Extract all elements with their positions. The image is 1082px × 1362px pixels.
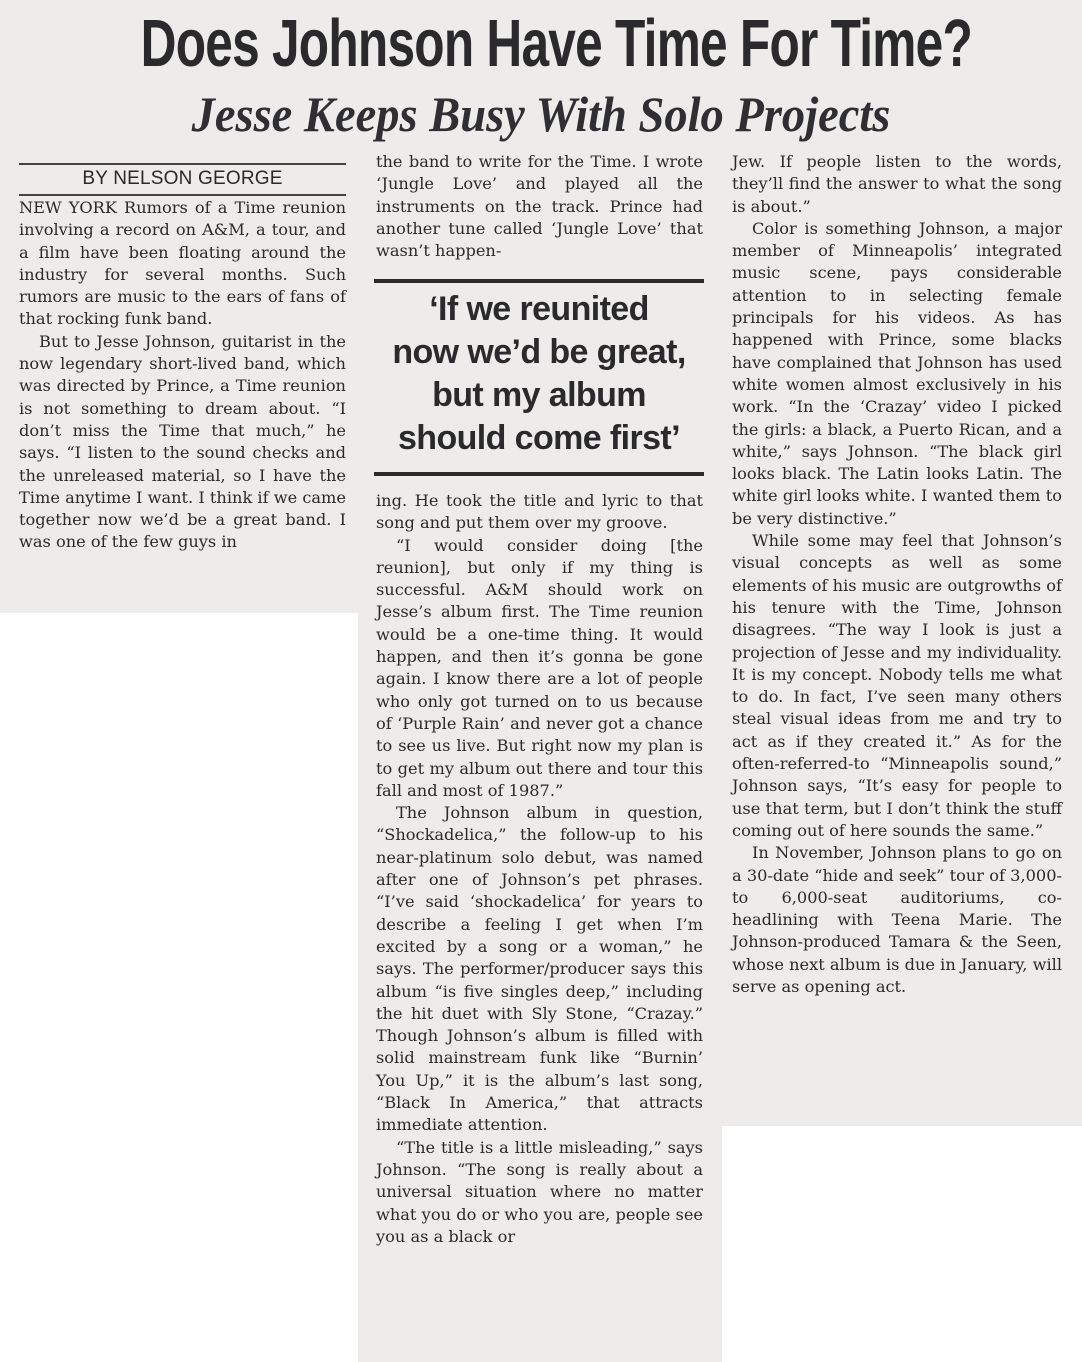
- paragraph: In November, Johnson plans to go on a 30…: [732, 842, 1062, 998]
- headline: Does Johnson Have Time For Time?: [141, 8, 942, 80]
- paragraph: While some may feel that Johnson’s visua…: [732, 530, 1062, 842]
- paragraph: the band to write for the Time. I wrote …: [376, 151, 703, 262]
- pull-quote-line: now we’d be great,: [370, 331, 708, 374]
- pull-quote: ‘If we reunited now we’d be great, but m…: [370, 288, 708, 460]
- paragraph: The Johnson album in question, “Shockade…: [376, 802, 703, 1136]
- paragraph: But to Jesse Johnson, guitarist in the n…: [19, 331, 346, 554]
- byline: BY NELSON GEORGE: [19, 168, 346, 190]
- paragraph: “The title is a little misleading,” says…: [376, 1137, 703, 1248]
- pull-quote-top-rule: [374, 279, 704, 283]
- byline-top-rule: [19, 163, 346, 165]
- paragraph: ing. He took the title and lyric to that…: [376, 490, 703, 535]
- byline-bottom-rule: [19, 194, 346, 196]
- paragraph: Jew. If people listen to the words, they…: [732, 151, 1062, 218]
- pull-quote-line: ‘If we reunited: [370, 288, 708, 331]
- column-2-bottom: ing. He took the title and lyric to that…: [376, 490, 703, 1248]
- pull-quote-line: but my album: [370, 374, 708, 417]
- column-3: Jew. If people listen to the words, they…: [732, 151, 1062, 998]
- subheadline: Jesse Keeps Busy With Solo Projects: [38, 84, 1044, 144]
- paragraph: NEW YORK Rumors of a Time reunion involv…: [19, 197, 346, 331]
- paragraph: “I would consider doing [the reunion], b…: [376, 535, 703, 803]
- pull-quote-line: should come first’: [370, 417, 708, 460]
- pull-quote-bottom-rule: [374, 472, 704, 476]
- paragraph: Color is something Johnson, a major memb…: [732, 218, 1062, 530]
- column-1: NEW YORK Rumors of a Time reunion involv…: [19, 197, 346, 554]
- column-2-top: the band to write for the Time. I wrote …: [376, 151, 703, 262]
